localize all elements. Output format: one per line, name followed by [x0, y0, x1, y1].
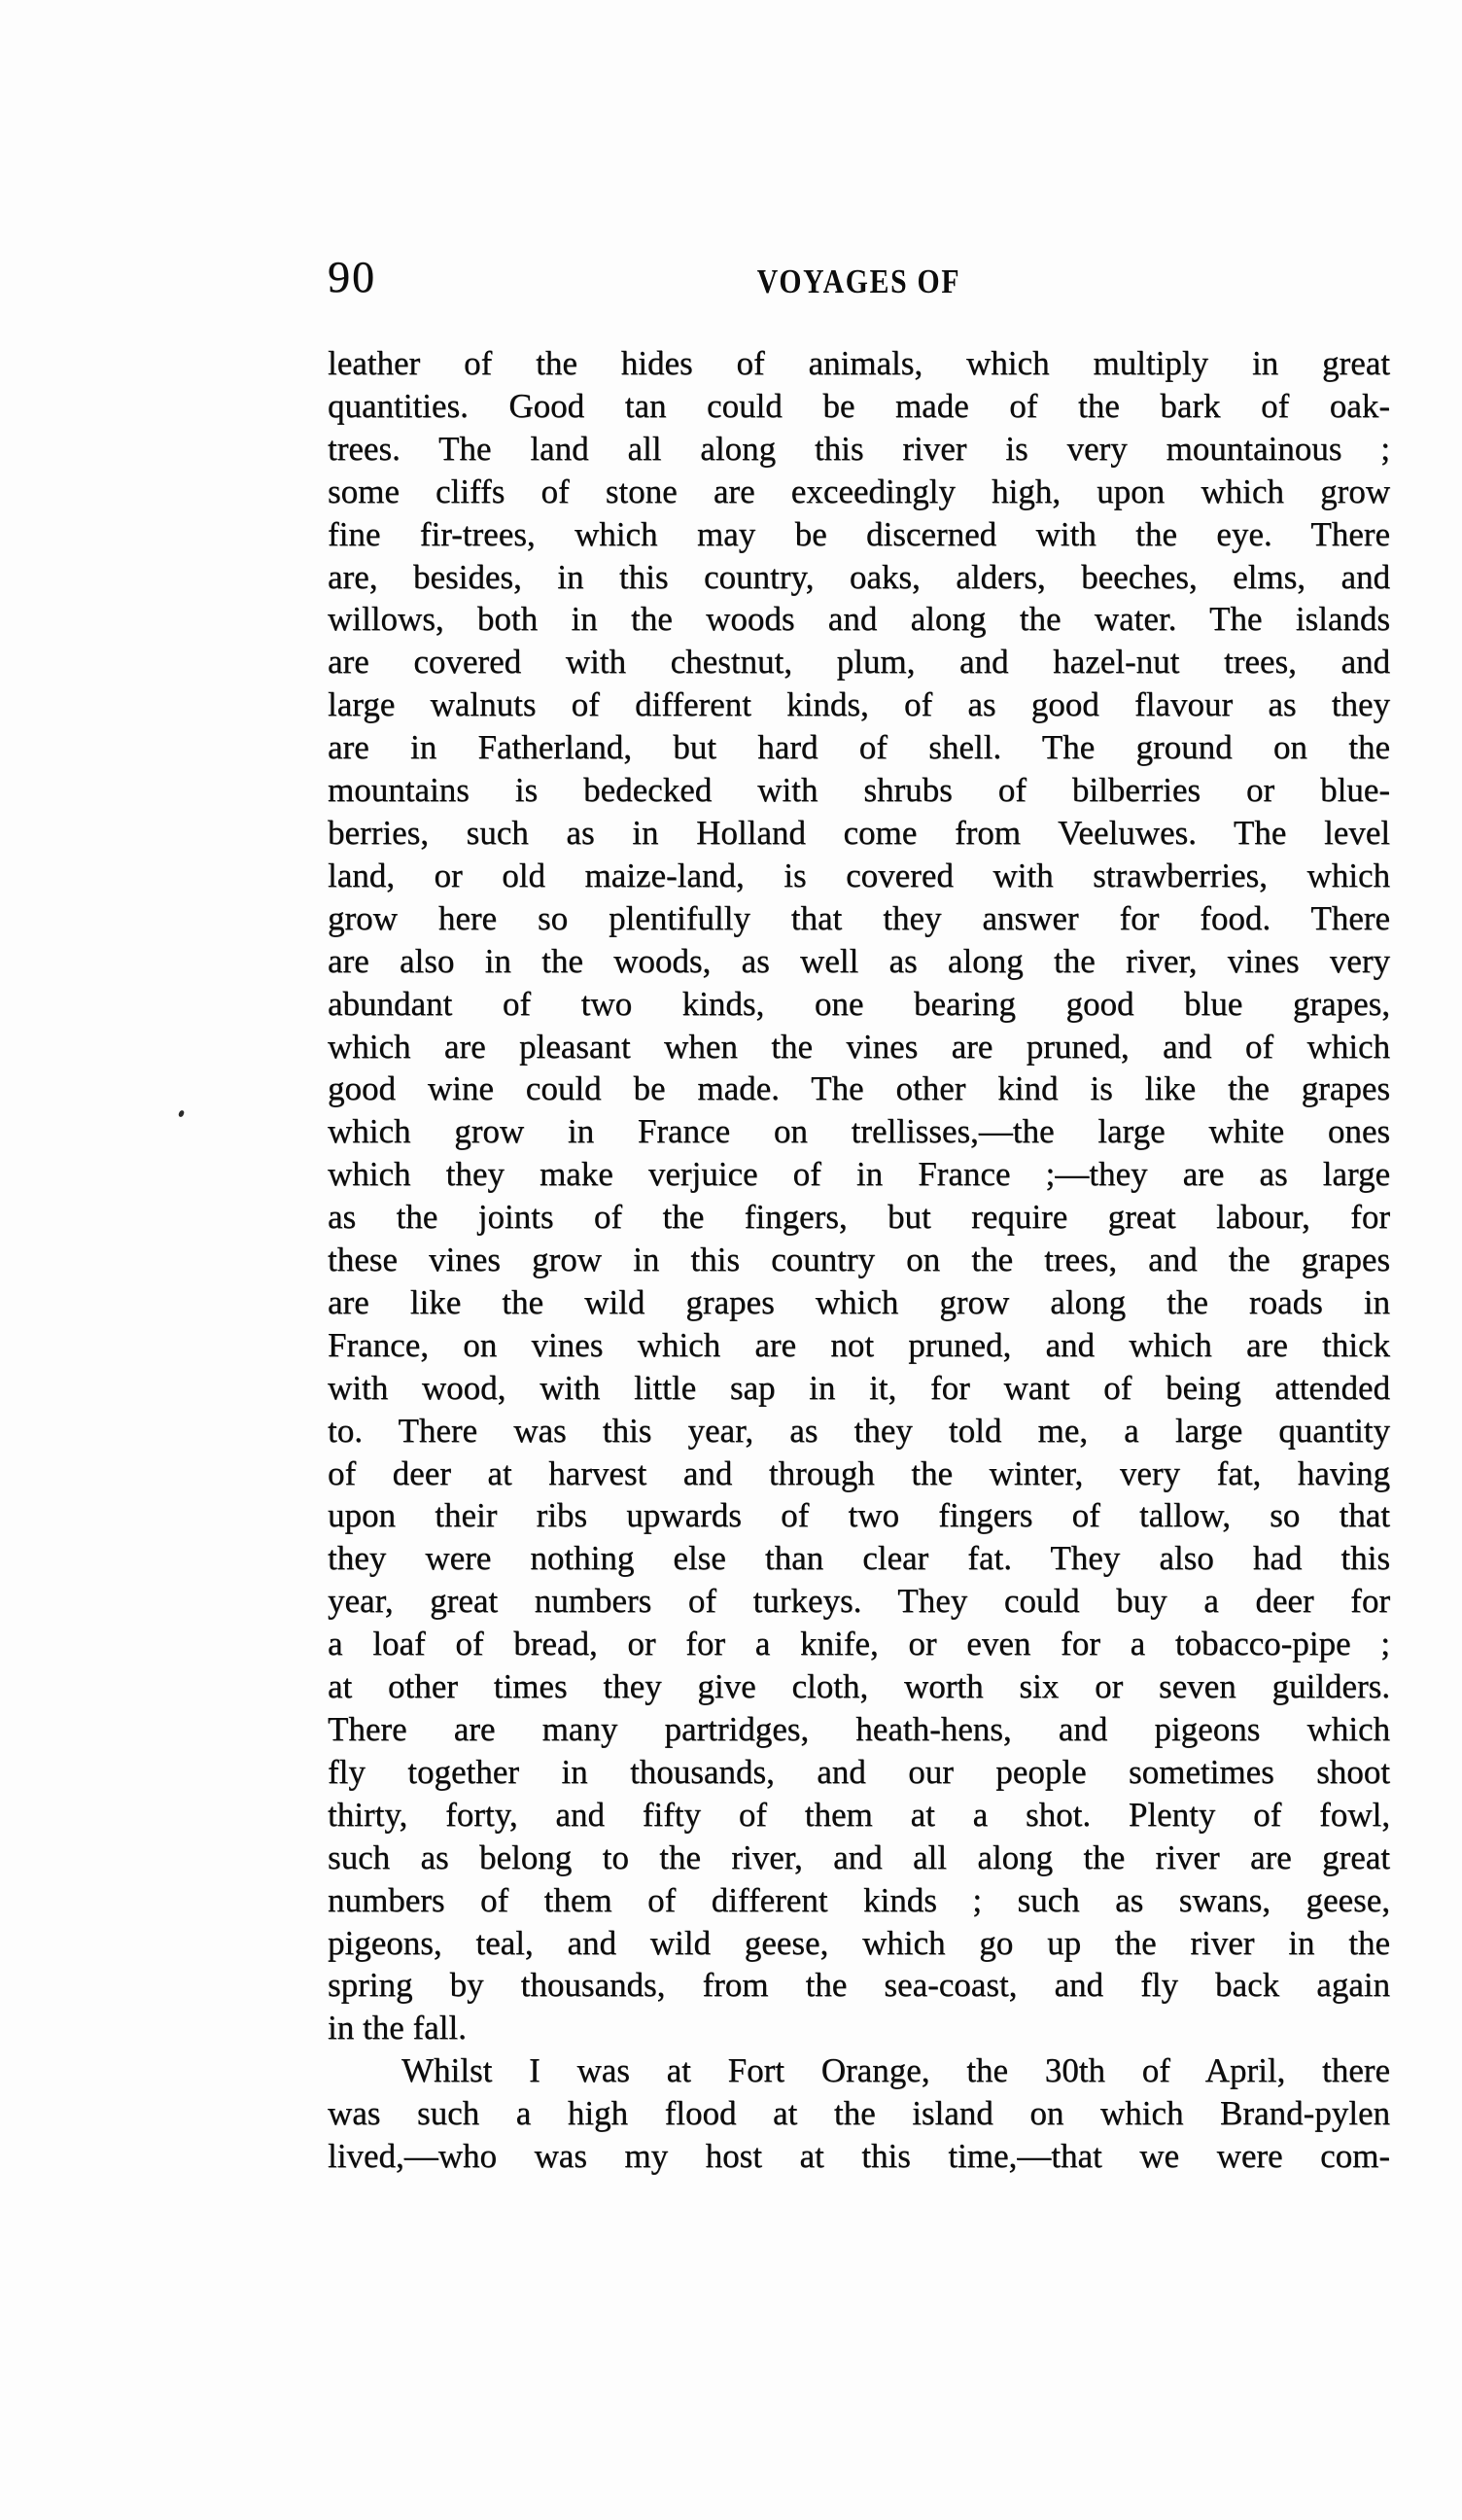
- text-line: abundant of two kinds, one bearing good …: [328, 983, 1390, 1026]
- text-line: fly together in thousands, and our peopl…: [328, 1751, 1390, 1794]
- text-line: year, great numbers of turkeys. They cou…: [328, 1580, 1390, 1623]
- text-line: upon their ribs upwards of two fingers o…: [328, 1494, 1390, 1537]
- text-line: are also in the woods, as well as along …: [328, 940, 1390, 983]
- text-line: thirty, forty, and fifty of them at a sh…: [328, 1794, 1390, 1837]
- text-line: as the joints of the fingers, but requir…: [328, 1196, 1390, 1239]
- text-line: trees. The land all along this river is …: [328, 428, 1390, 471]
- text-line: with wood, with little sap in it, for wa…: [328, 1367, 1390, 1410]
- text-line: numbers of them of different kinds ; suc…: [328, 1879, 1390, 1922]
- text-line: grow here so plentifully that they answe…: [328, 897, 1390, 940]
- text-line: these vines grow in this country on the …: [328, 1239, 1390, 1281]
- text-line: leather of the hides of animals, which m…: [328, 342, 1390, 385]
- text-line: was such a high flood at the island on w…: [328, 2092, 1390, 2135]
- text-line: pigeons, teal, and wild geese, which go …: [328, 1922, 1390, 1965]
- book-page: 90 VOYAGES OF leather of the hides of an…: [0, 0, 1462, 2520]
- text-line: are like the wild grapes which grow alon…: [328, 1281, 1390, 1324]
- body-text: leather of the hides of animals, which m…: [328, 342, 1390, 2178]
- text-line: at other times they give cloth, worth si…: [328, 1665, 1390, 1708]
- text-line: lived,—who was my host at this time,—tha…: [328, 2135, 1390, 2178]
- text-line: which grow in France on trellisses,—the …: [328, 1110, 1390, 1153]
- text-line: are covered with chestnut, plum, and haz…: [328, 641, 1390, 683]
- text-line: a loaf of bread, or for a knife, or even…: [328, 1623, 1390, 1665]
- text-line: There are many partridges, heath-hens, a…: [328, 1708, 1390, 1751]
- page-number: 90: [328, 255, 376, 299]
- text-line: willows, both in the woods and along the…: [328, 598, 1390, 641]
- text-line: quantities. Good tan could be made of th…: [328, 385, 1390, 428]
- text-line: which they make verjuice of in France ;—…: [328, 1153, 1390, 1196]
- text-line: good wine could be made. The other kind …: [328, 1067, 1390, 1110]
- text-line: are, besides, in this country, oaks, ald…: [328, 556, 1390, 599]
- running-header: VOYAGES OF: [407, 264, 1310, 298]
- ink-speck-artifact: [178, 1109, 185, 1117]
- text-line: some cliffs of stone are exceedingly hig…: [328, 471, 1390, 513]
- text-line: in the fall.: [328, 2007, 1390, 2049]
- text-line: spring by thousands, from the sea-coast,…: [328, 1964, 1390, 2007]
- text-line: fine fir-trees, which may be discerned w…: [328, 513, 1390, 556]
- text-line: large walnuts of different kinds, of as …: [328, 683, 1390, 726]
- text-line: they were nothing else than clear fat. T…: [328, 1537, 1390, 1580]
- text-line: to. There was this year, as they told me…: [328, 1410, 1390, 1452]
- text-line: are in Fatherland, but hard of shell. Th…: [328, 726, 1390, 769]
- text-line: mountains is bedecked with shrubs of bil…: [328, 769, 1390, 812]
- text-line: land, or old maize-land, is covered with…: [328, 855, 1390, 897]
- text-line: which are pleasant when the vines are pr…: [328, 1026, 1390, 1068]
- text-line: France, on vines which are not pruned, a…: [328, 1324, 1390, 1367]
- text-line: such as belong to the river, and all alo…: [328, 1837, 1390, 1879]
- text-line: Whilst I was at Fort Orange, the 30th of…: [328, 2049, 1390, 2092]
- text-line: berries, such as in Holland come from Ve…: [328, 812, 1390, 855]
- text-line: of deer at harvest and through the winte…: [328, 1452, 1390, 1495]
